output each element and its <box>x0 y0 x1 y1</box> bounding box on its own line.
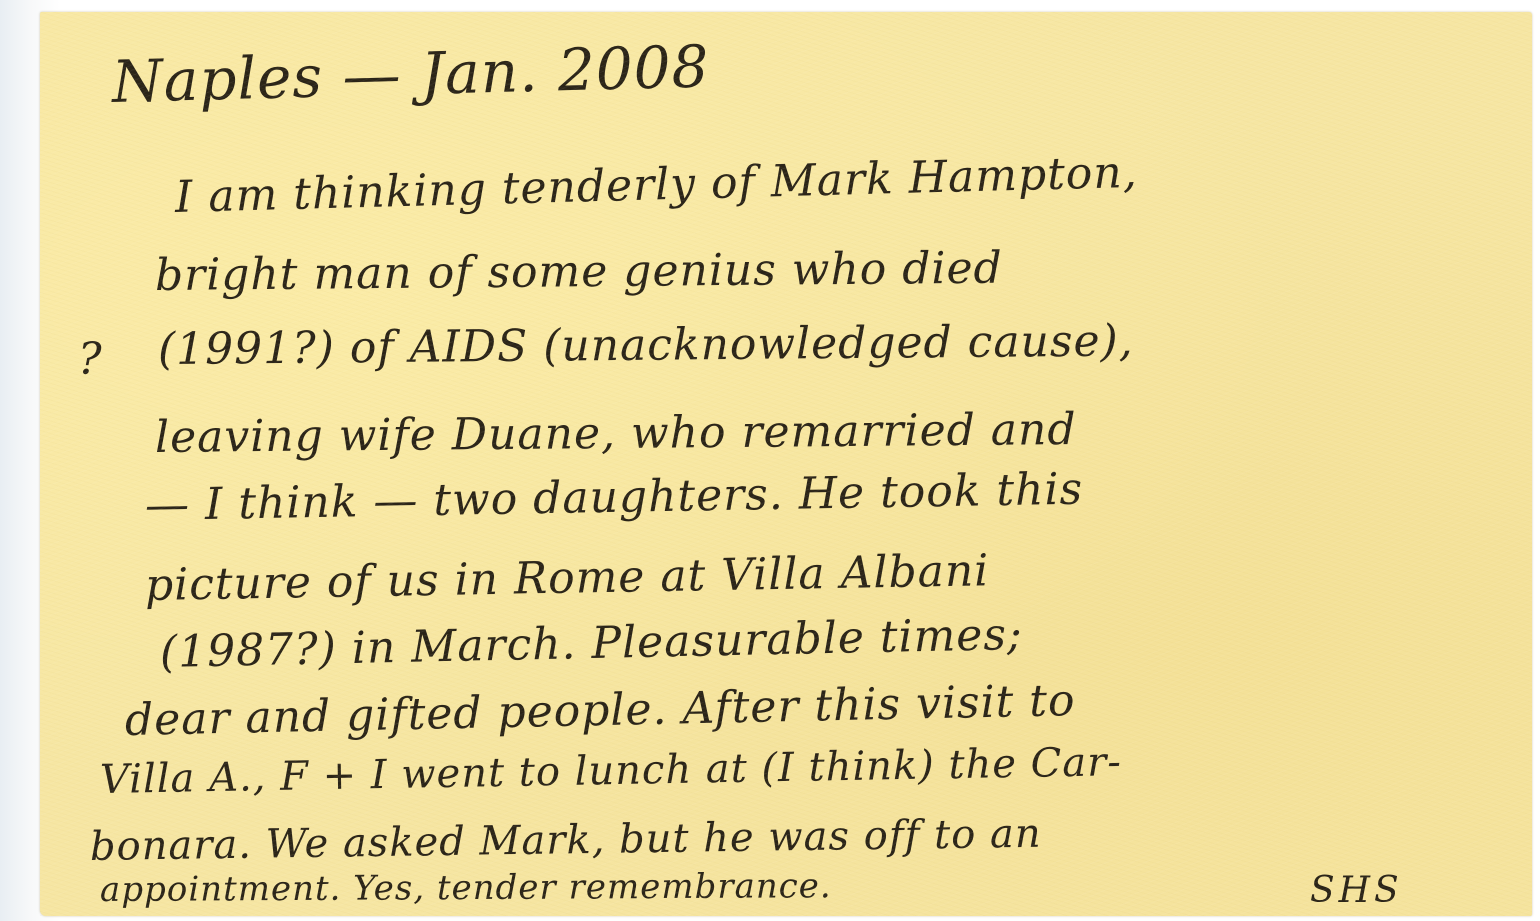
note-line-4: leaving wife Duane, who remarried and <box>155 404 1077 463</box>
note-line-1: I am thinking tenderly of Mark Hampton, <box>174 147 1138 223</box>
scanned-page: Naples — Jan. 2008 I am thinking tenderl… <box>0 0 1540 921</box>
note-title: Naples — Jan. 2008 <box>111 32 710 116</box>
note-line-2: bright man of some genius who died <box>155 243 1003 301</box>
note-line-11: appointment. Yes, tender remembrance. <box>100 866 832 910</box>
note-line-8: dear and gifted people. After this visit… <box>124 675 1076 746</box>
note-line-9: Villa A., F + I went to lunch at (I thin… <box>100 739 1123 803</box>
note-line-3: (1991?) of AIDS (unacknowledged cause), <box>158 315 1134 375</box>
note-line-7: (1987?) in March. Pleasurable times; <box>159 609 1023 678</box>
note-line-6: picture of us in Rome at Villa Albani <box>145 545 990 611</box>
note-line-5: — I think — two daughters. He took this <box>145 464 1084 531</box>
margin-question-mark: ? <box>78 334 103 385</box>
signature-initials: SHS <box>1310 870 1403 911</box>
yellow-note-card: Naples — Jan. 2008 I am thinking tenderl… <box>40 12 1532 916</box>
note-line-10: bonara. We asked Mark, but he was off to… <box>90 811 1042 870</box>
